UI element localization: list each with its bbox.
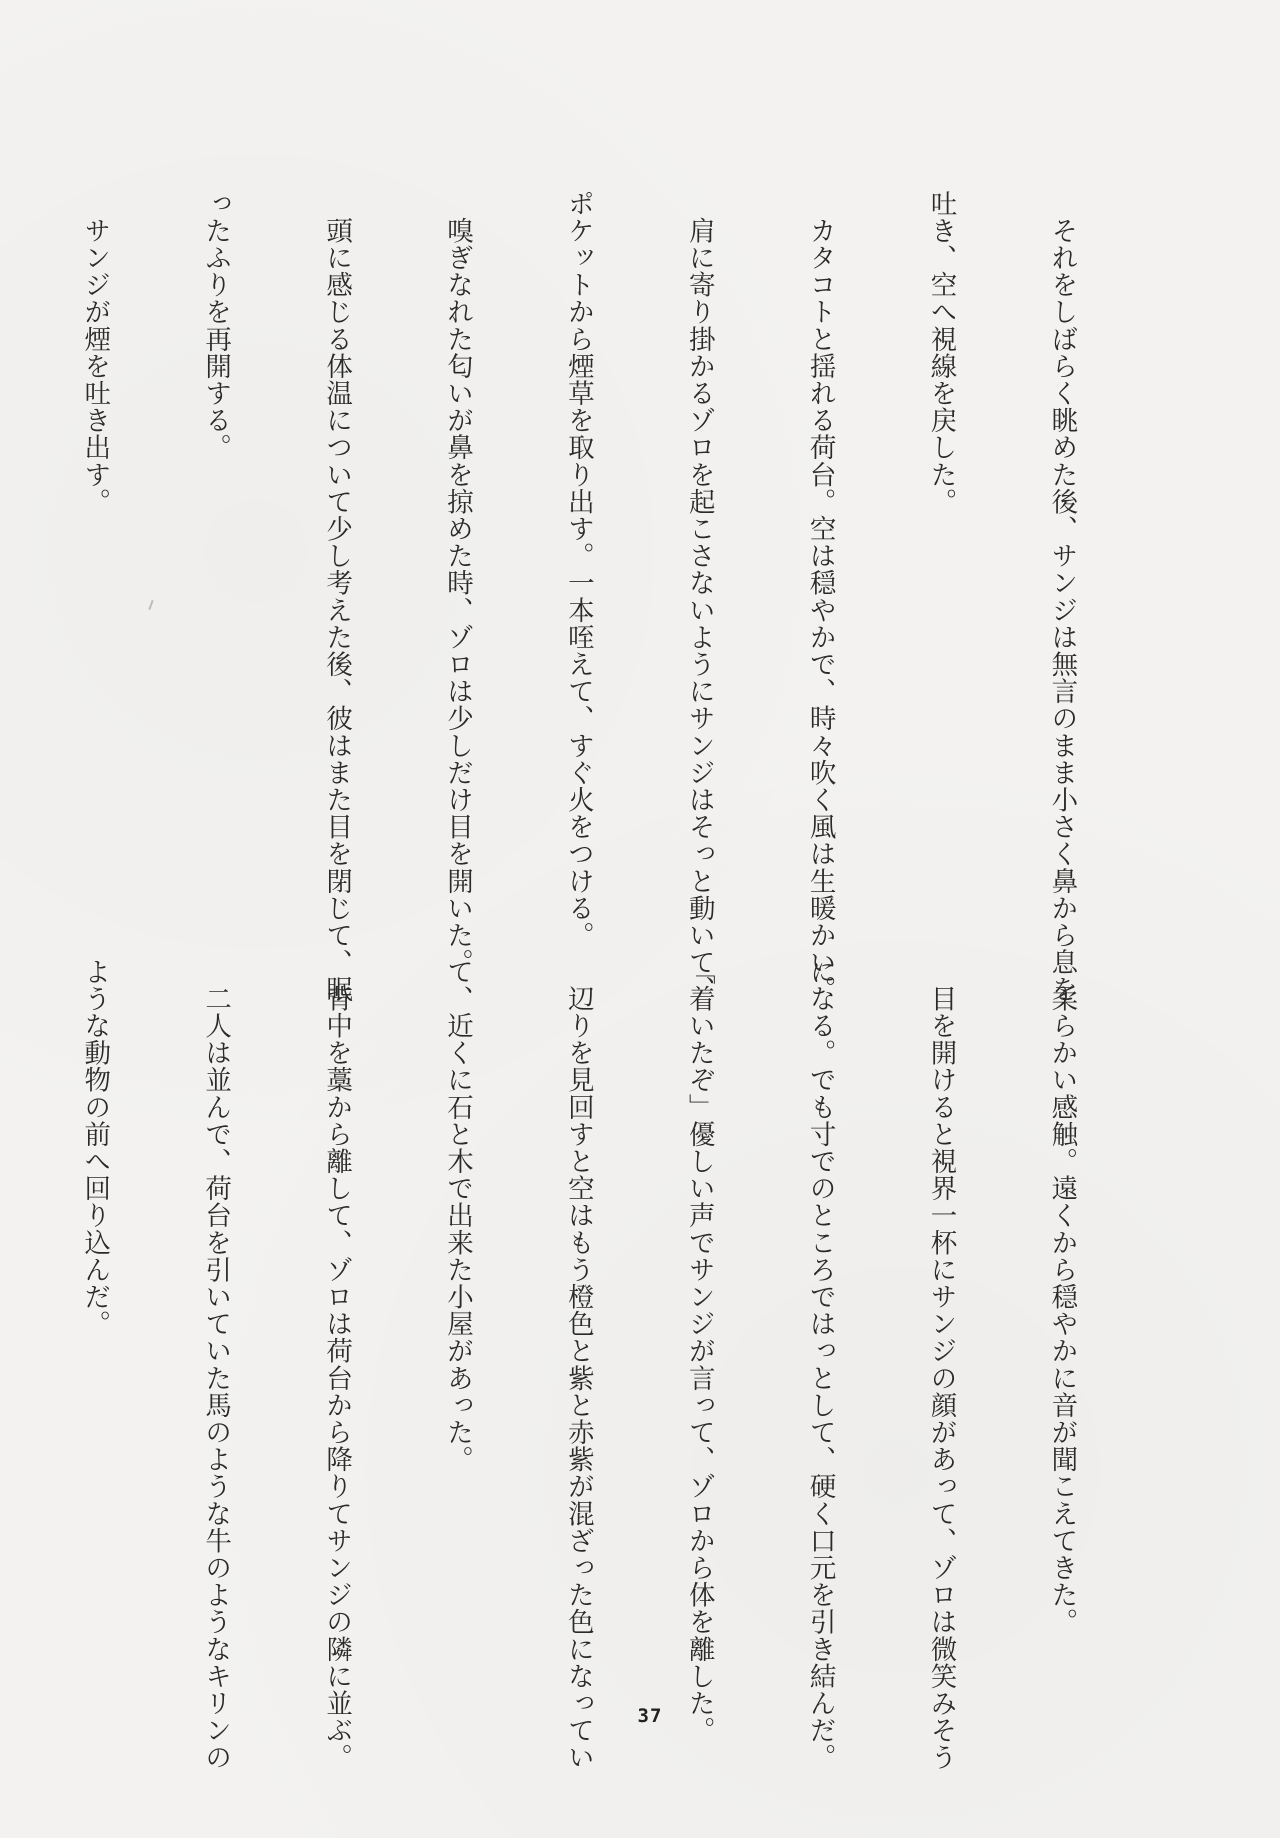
text-line: 「着いたぞ」優しい声でサンジが言って、ゾロから体を離した。: [678, 958, 718, 1698]
text-block-top: それをしばらく眺めた後、サンジは無言のまま小さく鼻から息を 吐き、空へ視線を戻し…: [0, 190, 1162, 950]
text-line: 二人は並んで、荷台を引いていた馬のような牛のようなキリンの: [195, 958, 235, 1698]
text-line: 辺りを見回すと空はもう橙色と紫と赤紫が混ざった色になってい: [558, 958, 598, 1698]
text-line: ポケットから煙草を取り出す。一本咥えて、すぐ火をつける。: [558, 190, 598, 950]
text-line: ったふりを再開する。: [195, 190, 235, 950]
text-line: て、近くに石と木で出来た小屋があった。: [437, 958, 477, 1698]
text-line: 目を開けると視界一杯にサンジの顔があって、ゾロは微笑みそう: [920, 958, 960, 1698]
text-line: 柔らかい感触。遠くから穏やかに音が聞こえてきた。: [1041, 958, 1081, 1698]
page-number: 37: [620, 1705, 680, 1727]
text-line: 嗅ぎなれた匂いが鼻を掠めた時、ゾロは少しだけ目を開いた。: [437, 190, 477, 950]
text-line: になる。でも寸でのところではっとして、硬く口元を引き結んだ。: [799, 958, 839, 1698]
text-line: それをしばらく眺めた後、サンジは無言のまま小さく鼻から息を: [1041, 190, 1081, 950]
text-line: サンジが煙を吐き出す。: [74, 190, 114, 950]
text-line: 肩に寄り掛かるゾロを起こさないようにサンジはそっと動いて、: [678, 190, 718, 950]
text-line: 背中を藁から離して、ゾロは荷台から降りてサンジの隣に並ぶ。: [316, 958, 356, 1698]
text-line: ような動物の前へ回り込んだ。: [74, 958, 114, 1698]
text-line: 吐き、空へ視線を戻した。: [920, 190, 960, 950]
text-block-bottom: 柔らかい感触。遠くから穏やかに音が聞こえてきた。 目を開けると視界一杯にサンジの…: [0, 958, 1162, 1698]
text-line: カタコトと揺れる荷台。空は穏やかで、時々吹く風は生暖かい。: [799, 190, 839, 950]
text-line: 頭に感じる体温について少し考えた後、彼はまた目を閉じて、眠: [316, 190, 356, 950]
